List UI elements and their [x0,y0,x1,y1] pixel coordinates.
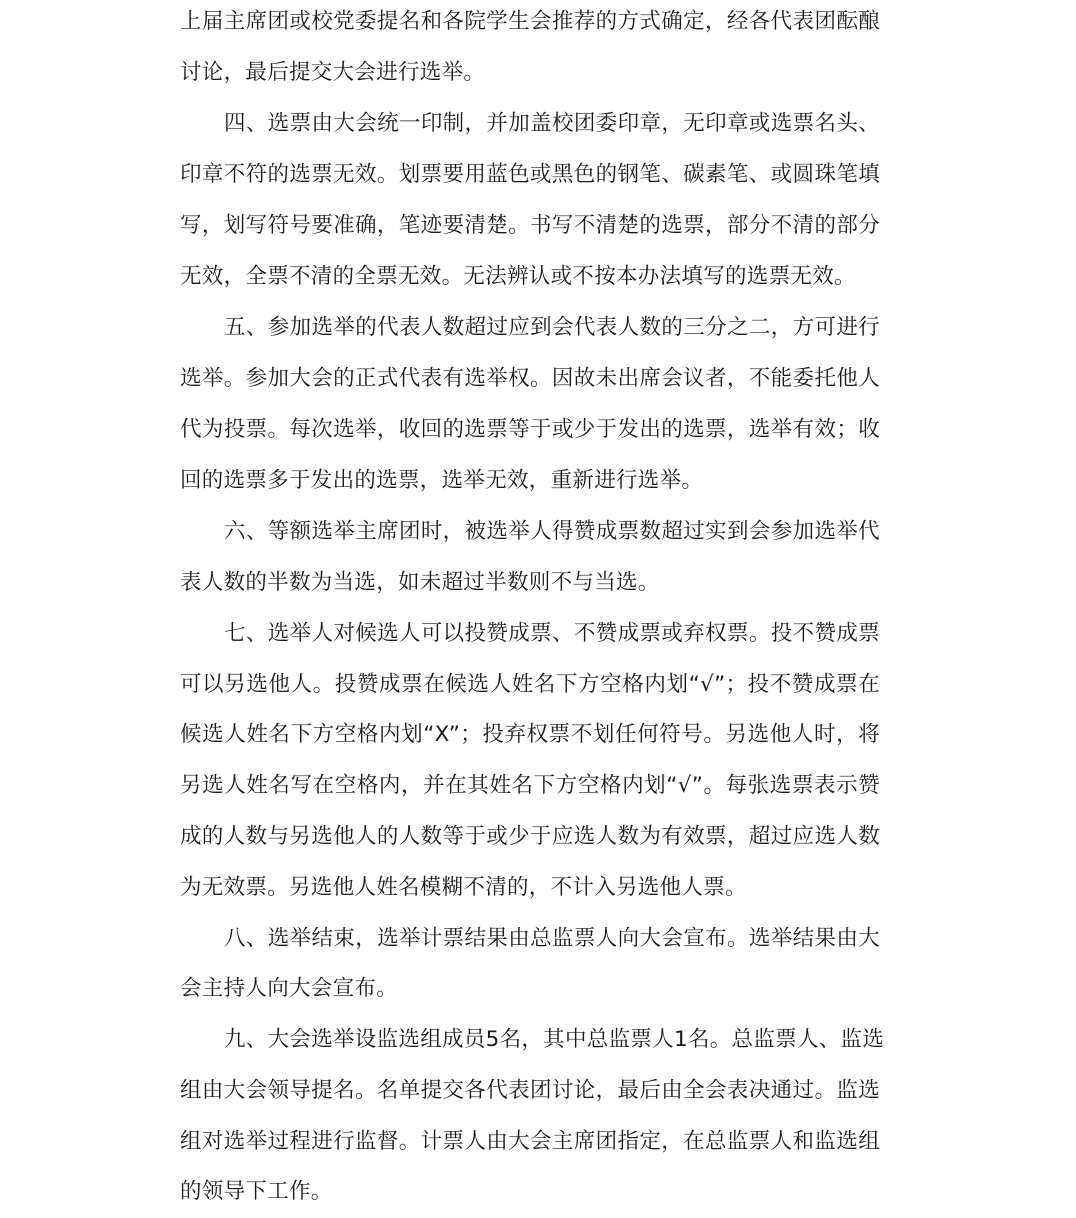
text-line: 上届主席团或校党委提名和各院学生会推荐的方式确定，经各代表团酝酿 [180,7,880,37]
text-line: 写，划写符号要准确，笔迹要清楚。书写不清楚的选票，部分不清的部分 [180,211,880,241]
paragraph-first-line: 四、选票由大会统一印制，并加盖校团委印章，无印章或选票名头、 [224,109,880,139]
text-line: 组由大会领导提名。名单提交各代表团讨论，最后由全会表决通过。监选 [180,1076,880,1106]
text-line: 的领导下工作。 [180,1177,880,1207]
text-line: 可以另选他人。投赞成票在候选人姓名下方空格内划“√”；投不赞成票在 [180,670,880,700]
text-line: 讨论，最后提交大会进行选举。 [180,58,880,88]
text-line: 选举。参加大会的正式代表有选举权。因故未出席会议者，不能委托他人 [180,364,880,394]
paragraph-first-line: 五、参加选举的代表人数超过应到会代表人数的三分之二，方可进行 [224,313,880,343]
text-line: 成的人数与另选他人的人数等于或少于应选人数为有效票，超过应选人数 [180,822,880,852]
text-line: 代为投票。每次选举，收回的选票等于或少于发出的选票，选举有效；收 [180,415,880,445]
text-line: 组对选举过程进行监督。计票人由大会主席团指定，在总监票人和监选组 [180,1127,880,1157]
text-line: 候选人姓名下方空格内划“X”；投弃权票不划任何符号。另选他人时，将 [180,720,880,750]
text-line: 回的选票多于发出的选票，选举无效，重新进行选举。 [180,466,880,496]
paragraph-first-line: 七、选举人对候选人可以投赞成票、不赞成票或弃权票。投不赞成票 [224,619,880,649]
paragraph-first-line: 八、选举结束，选举计票结果由总监票人向大会宣布。选举结果由大 [224,924,880,954]
paragraph-first-line: 六、等额选举主席团时，被选举人得赞成票数超过实到会参加选举代 [224,517,880,547]
text-line: 会主持人向大会宣布。 [180,974,880,1004]
text-line: 印章不符的选票无效。划票要用蓝色或黑色的钢笔、碳素笔、或圆珠笔填 [180,160,880,190]
text-line: 无效，全票不清的全票无效。无法辨认或不按本办法填写的选票无效。 [180,262,880,292]
text-line: 表人数的半数为当选，如未超过半数则不与当选。 [180,568,880,598]
text-line: 为无效票。另选他人姓名模糊不清的，不计入另选他人票。 [180,873,880,903]
paragraph-first-line: 九、大会选举设监选组成员5名，其中总监票人1名。总监票人、监选 [224,1025,880,1055]
text-line: 另选人姓名写在空格内，并在其姓名下方空格内划“√”。每张选票表示赞 [180,771,880,801]
